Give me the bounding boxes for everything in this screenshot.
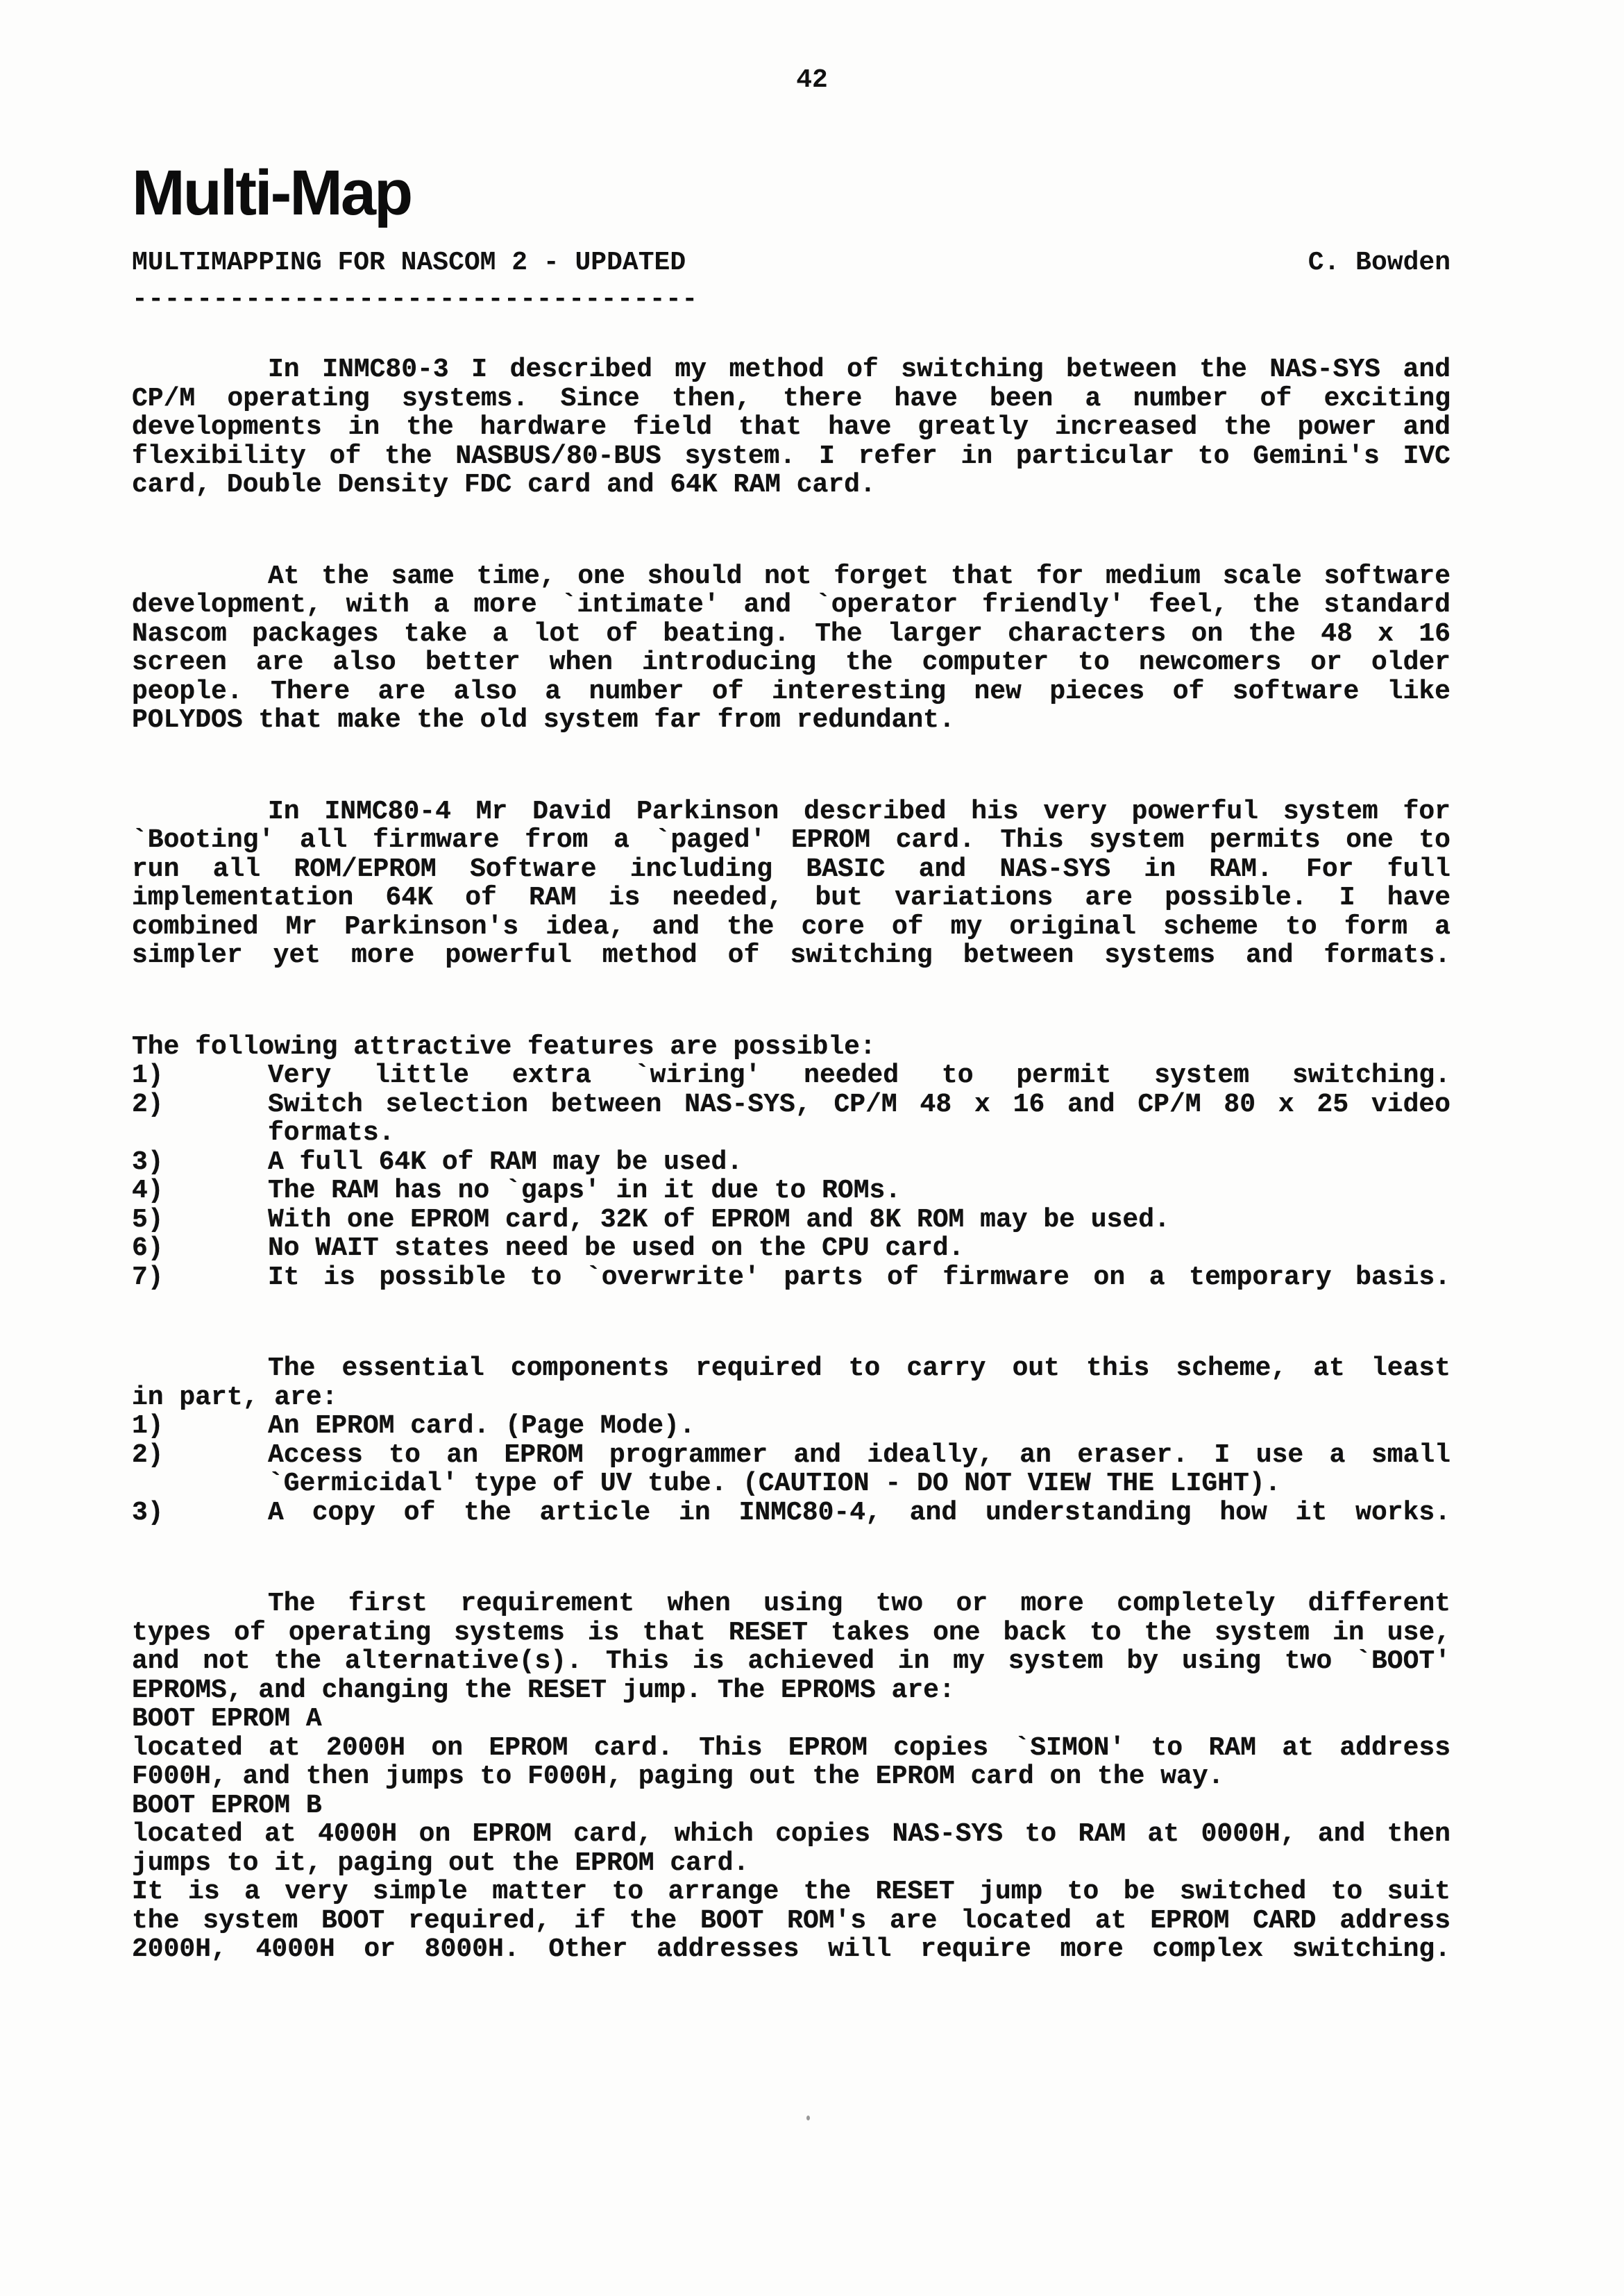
subtitle-row: MULTIMAPPING FOR NASCOM 2 - UPDATED C. B… [132,248,1450,278]
list-item: 1)An EPROM card. (Page Mode). [132,1412,1450,1441]
text-line: people. There are also a number of inter… [132,677,1450,707]
text-line: located at 4000H on EPROM card, which co… [132,1820,1450,1849]
list-item-text: An EPROM card. (Page Mode). [268,1411,695,1441]
text-line: screen are also better when introducing … [132,648,1450,677]
list-marker: 6) [132,1234,164,1263]
list-item-text: With one EPROM card, 32K of EPROM and 8K… [268,1205,1170,1235]
text-line: the system BOOT required, if the BOOT RO… [132,1907,1450,1936]
text-line: located at 2000H on EPROM card. This EPR… [132,1734,1450,1763]
list-item-text: Very little extra `wiring' needed to per… [268,1061,1450,1090]
list-item: 2)Access to an EPROM programmer and idea… [132,1441,1450,1470]
scan-speck [806,2116,810,2120]
text-line: In INMC80-4 Mr David Parkinson described… [132,797,1450,827]
text-line: simpler yet more powerful method of swit… [132,941,1450,970]
paragraph: In INMC80-3 I described my method of swi… [132,355,1450,500]
text-line: The first requirement when using two or … [132,1589,1450,1619]
text-line: run all ROM/EPROM Software including BAS… [132,855,1450,884]
list-intro: The following attractive features are po… [132,1033,1450,1062]
text-line: BOOT EPROM B [132,1791,1450,1821]
list-marker: 3) [132,1499,164,1528]
list-item: 2)Switch selection between NAS-SYS, CP/M… [132,1090,1450,1120]
text-line: It is a very simple matter to arrange th… [132,1877,1450,1907]
list-item-text: Access to an EPROM programmer and ideall… [268,1440,1450,1470]
scanned-document-page: 42 Multi-Map MULTIMAPPING FOR NASCOM 2 -… [0,0,1624,2296]
text-line: card, Double Density FDC card and 64K RA… [132,471,1450,500]
text-line: development, with a more `intimate' and … [132,591,1450,620]
list-marker: 7) [132,1263,164,1292]
features-list: The following attractive features are po… [132,1033,1450,1292]
list-item-text: formats. [268,1118,394,1148]
list-item: 7)It is possible to `overwrite' parts of… [132,1263,1450,1292]
text-line: in part, are: [132,1383,1450,1412]
list-item: 5)With one EPROM card, 32K of EPROM and … [132,1206,1450,1235]
author-name: C. Bowden [1308,248,1450,278]
text-line: jumps to it, paging out the EPROM card. [132,1849,1450,1878]
article-title: Multi-Map [132,160,1450,226]
list-item-text: `Germicidal' type of UV tube. (CAUTION -… [268,1469,1280,1499]
text-line: implementation 64K of RAM is needed, but… [132,884,1450,913]
paragraph: At the same time, one should not forget … [132,562,1450,735]
text-line: BOOT EPROM A [132,1705,1450,1734]
subtitle-underline: ----------------------------------- [132,285,1450,314]
text-line: 2000H, 4000H or 8000H. Other addresses w… [132,1935,1450,1964]
list-marker: 2) [132,1090,164,1120]
text-line: At the same time, one should not forget … [132,562,1450,591]
text-line: POLYDOS that make the old system far fro… [132,706,1450,735]
text-line: types of operating systems is that RESET… [132,1619,1450,1648]
list-item: 6)No WAIT states need be used on the CPU… [132,1234,1450,1263]
list-item-continuation: `Germicidal' type of UV tube. (CAUTION -… [132,1469,1450,1499]
text-line: EPROMS, and changing the RESET jump. The… [132,1676,1450,1705]
text-line: `Booting' all firmware from a `paged' EP… [132,826,1450,855]
text-line: combined Mr Parkinson's idea, and the co… [132,913,1450,942]
text-line: In INMC80-3 I described my method of swi… [132,355,1450,385]
list-item: 4)The RAM has no `gaps' in it due to ROM… [132,1176,1450,1206]
text-line: and not the alternative(s). This is achi… [132,1647,1450,1676]
list-item: 1)Very little extra `wiring' needed to p… [132,1061,1450,1090]
text-line: developments in the hardware field that … [132,413,1450,442]
text-line: Nascom packages take a lot of beating. T… [132,620,1450,649]
list-item-text: Switch selection between NAS-SYS, CP/M 4… [268,1090,1450,1120]
list-item-text: A full 64K of RAM may be used. [268,1147,743,1177]
list-item: 3)A copy of the article in INMC80-4, and… [132,1499,1450,1528]
list-item-text: The RAM has no `gaps' in it due to ROMs. [268,1176,901,1206]
list-marker: 4) [132,1176,164,1206]
text-line: The essential components required to car… [132,1354,1450,1383]
list-marker: 5) [132,1206,164,1235]
list-item-text: It is possible to `overwrite' parts of f… [268,1263,1450,1292]
paragraph: The first requirement when using two or … [132,1589,1450,1964]
list-item: 3)A full 64K of RAM may be used. [132,1148,1450,1177]
article-subtitle: MULTIMAPPING FOR NASCOM 2 - UPDATED [132,248,686,278]
list-marker: 2) [132,1441,164,1470]
text-line: F000H, and then jumps to F000H, paging o… [132,1762,1450,1791]
article: Multi-Map MULTIMAPPING FOR NASCOM 2 - UP… [0,0,1624,1964]
paragraph: In INMC80-4 Mr David Parkinson described… [132,797,1450,970]
text-line: flexibility of the NASBUS/80-BUS system.… [132,442,1450,471]
list-marker: 1) [132,1061,164,1090]
list-item-continuation: formats. [132,1119,1450,1148]
list-item-text: No WAIT states need be used on the CPU c… [268,1233,964,1263]
list-marker: 1) [132,1412,164,1441]
list-marker: 3) [132,1148,164,1177]
text-line: CP/M operating systems. Since then, ther… [132,385,1450,414]
components-list: The essential components required to car… [132,1354,1450,1527]
list-item-text: A copy of the article in INMC80-4, and u… [268,1498,1450,1528]
